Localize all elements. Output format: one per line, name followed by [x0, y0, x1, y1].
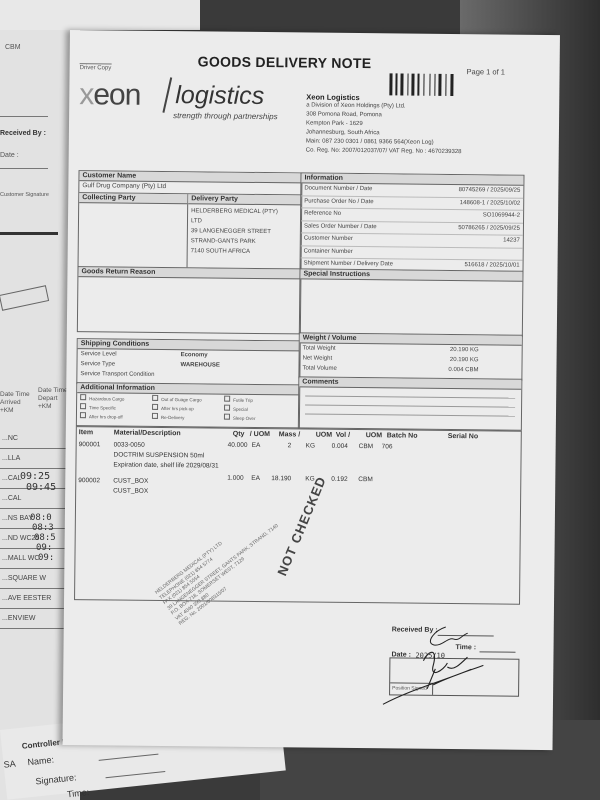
item-material: 0033-0050	[114, 441, 145, 448]
special-instructions-section: Special Instructions	[299, 268, 524, 336]
goods-delivery-note: Driver Copy GOODS DELIVERY NOTE Page 1 o…	[63, 30, 560, 750]
item-number: 900001	[79, 441, 101, 448]
col-serial: Serial No	[448, 433, 478, 440]
info-label: Container Number	[304, 246, 353, 258]
date-label: Date :	[0, 152, 19, 159]
checkbox[interactable]	[80, 394, 86, 400]
info-label: Purchase Order No / Date	[304, 196, 373, 208]
option-checkbox-item[interactable]: Sleep Over	[224, 414, 296, 424]
handwritten-time: 08:3	[32, 523, 54, 533]
col-mass-uom: UOM	[316, 432, 332, 439]
info-label: Sales Order Number / Date	[304, 221, 377, 233]
goods-return-header: Goods Return Reason	[78, 267, 300, 279]
delivery-line: HELDERBERG MEDICAL (PTY)	[191, 206, 298, 217]
handwritten-time: 08:5	[34, 533, 56, 543]
option-label: Out of Guage Cargo	[161, 397, 202, 402]
item-batch: 706	[382, 443, 393, 450]
checkbox[interactable]	[224, 405, 230, 411]
comment-line	[305, 413, 515, 416]
shipping-label: Service Transport Condition	[80, 369, 180, 380]
logo-x: x	[79, 78, 93, 111]
shipping-row: Service Transport Condition	[77, 369, 299, 381]
item-mass-uom: KG	[306, 442, 315, 449]
collecting-party-header: Collecting Party	[79, 193, 187, 204]
weight-volume-section: Weight / Volume Total Weight20.190 KGNet…	[298, 332, 522, 380]
customer-section: Customer Name Gulf Drug Company (Pty) Lt…	[78, 170, 303, 270]
sa-prefix: SA	[3, 759, 16, 770]
handwritten-time: 09:25	[20, 471, 50, 482]
name-line	[99, 754, 159, 761]
shipping-value: Economy	[181, 350, 208, 360]
comment-line	[305, 404, 515, 407]
top-fragment	[0, 0, 200, 30]
info-label: Customer Number	[304, 233, 353, 245]
logo-divider	[162, 77, 171, 112]
handwritten-time: 09:45	[26, 482, 56, 493]
checkbox[interactable]	[80, 403, 86, 409]
logo-logistics: logistics	[175, 81, 264, 111]
special-instructions-header: Special Instructions	[300, 269, 522, 281]
handwritten-time: 09:	[38, 553, 54, 563]
checkbox[interactable]	[152, 395, 158, 401]
col-qty: Qty	[233, 431, 245, 438]
item-mass: 2	[288, 442, 292, 449]
item-uom: EA	[251, 475, 260, 482]
col-batch: Batch No	[387, 432, 418, 439]
signature-line	[106, 771, 166, 778]
option-label: Special	[233, 407, 248, 412]
copy-label: Driver Copy	[80, 63, 112, 71]
delivery-party: Delivery Party HELDERBERG MEDICAL (PTY) …	[188, 194, 302, 268]
info-value: 80745269 / 2025/09/25	[459, 185, 521, 197]
item-vol: 0.192	[331, 476, 347, 483]
col-vol-uom: UOM	[366, 432, 382, 439]
info-value: 50786265 / 2025/09/25	[458, 223, 520, 235]
item-vol-uom: CBM	[359, 443, 374, 450]
collecting-party: Collecting Party	[79, 193, 189, 267]
document-title: GOODS DELIVERY NOTE	[198, 53, 372, 71]
weight-label: Total Volume	[302, 363, 336, 373]
info-value: 148608-1 / 2025/10/02	[460, 198, 521, 210]
item-uom: EA	[252, 442, 261, 449]
comments-section: Comments	[298, 376, 523, 430]
handwritten-signature	[363, 608, 514, 710]
item-vol: 0.004	[332, 443, 348, 450]
info-label: Document Number / Date	[304, 183, 372, 195]
option-label: After hrs drop-off	[89, 414, 123, 419]
option-label: Re-Delivery	[161, 415, 185, 420]
item-number: 900002	[78, 477, 100, 484]
logo-eon: eon	[93, 78, 140, 111]
checkbox[interactable]	[152, 404, 158, 410]
shipping-value: WAREHOUSE	[180, 360, 219, 370]
box-outline	[0, 285, 49, 311]
weight-value: 0.004 CBM	[448, 365, 518, 376]
cbm-label: CBM	[5, 44, 21, 51]
checkbox[interactable]	[80, 412, 86, 418]
option-row: After hrs drop-offRe-DeliverySleep Over	[80, 412, 296, 423]
option-checkbox-item[interactable]: After hrs drop-off	[80, 412, 152, 422]
page-indicator: Page 1 of 1	[467, 67, 505, 76]
handwritten-time: 09:	[36, 543, 52, 553]
item-qty: 40.000	[228, 442, 248, 449]
divider	[0, 232, 58, 235]
company-address: Xeon Logistics a Division of Xeon Holdin…	[306, 92, 462, 157]
company-line: Co. Reg. No: 2007/012037/07/ VAT Reg. No…	[306, 146, 462, 157]
option-label: Sleep Over	[233, 416, 256, 421]
weight-label: Net Weight	[303, 353, 333, 363]
col-mass: Mass /	[279, 431, 300, 438]
col-item: Item	[79, 429, 93, 436]
logo-xeon: xeon	[79, 78, 140, 113]
header-arrived: Date Time Arrived +KM	[0, 391, 34, 415]
comments-header: Comments	[299, 377, 521, 389]
weight-value: 20.190 KG	[450, 355, 519, 366]
col-material: Material/Description	[114, 429, 181, 437]
name-label: Name:	[27, 755, 54, 768]
time-label: Time:	[67, 787, 90, 799]
option-label: Futile Trip	[233, 398, 253, 403]
checkbox[interactable]	[224, 396, 230, 402]
weight-row: Total Volume0.004 CBM	[299, 363, 521, 375]
item-description: CUST_BOX	[113, 487, 148, 494]
info-value: SO1069944-2	[483, 210, 520, 222]
item-description: DOCTRIM SUSPENSION 50ml	[114, 451, 205, 459]
comment-line	[305, 395, 515, 398]
info-label: Reference No	[304, 208, 341, 220]
info-value: 14237	[503, 236, 520, 248]
item-qty: 1.000	[227, 475, 243, 482]
weight-label: Total Weight	[303, 343, 336, 353]
logo-tagline: strength through partnerships	[173, 111, 278, 121]
col-vol: Vol /	[336, 432, 350, 439]
goods-return-section: Goods Return Reason	[77, 266, 302, 334]
signature-label: Signature:	[35, 772, 77, 786]
col-uom: / UOM	[250, 431, 270, 438]
customer-signature-label: Customer Signature	[0, 192, 49, 198]
received-by-label: Received By :	[0, 130, 46, 137]
item-mass: 18.190	[271, 475, 291, 482]
option-label: Hazardous Cargo	[89, 396, 124, 401]
information-section: Information Document Number / Date807452…	[299, 172, 524, 272]
item-material: CUST_BOX	[113, 477, 148, 484]
item-vol-uom: CBM	[358, 476, 373, 483]
checkbox[interactable]	[152, 413, 158, 419]
item-note: Expiration date, shelf life 2029/08/31	[113, 461, 218, 469]
option-checkbox-item[interactable]: Re-Delivery	[152, 413, 224, 423]
shipping-section: Shipping Conditions Service LevelEconomy…	[76, 338, 300, 386]
delivery-line: 7140 SOUTH AFRICA	[191, 246, 298, 257]
option-label: Time Specific	[89, 405, 116, 410]
weight-value: 20.190 KG	[450, 345, 519, 356]
handwritten-time: 08:0	[30, 513, 52, 523]
checkbox[interactable]	[224, 414, 230, 420]
additional-info-section: Additional Information Hazardous CargoOu…	[76, 382, 300, 428]
option-label: After hrs pick-up	[161, 406, 194, 411]
divider	[0, 116, 48, 117]
divider	[0, 168, 48, 169]
